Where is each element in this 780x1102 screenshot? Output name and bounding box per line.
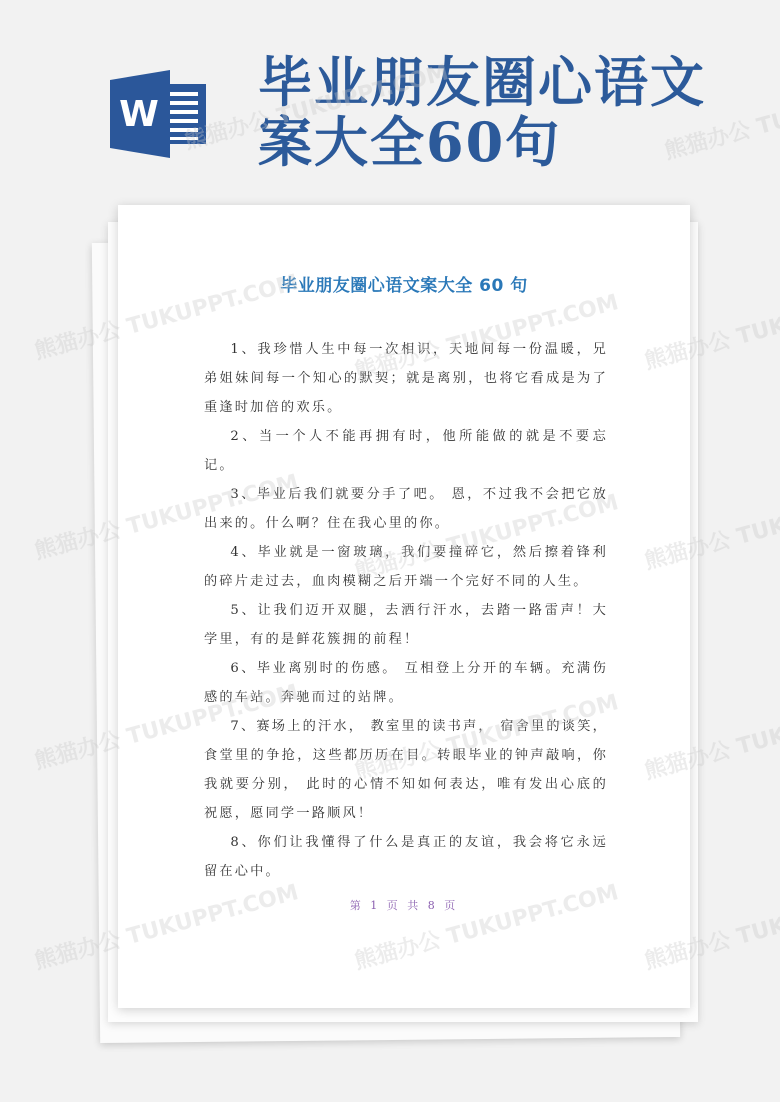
page-number: 第 1 页 共 8 页 xyxy=(118,897,690,913)
document-page: 毕业朋友圈心语文案大全 60 句 1、我珍惜人生中每一次相识，天地间每一份温暖，… xyxy=(118,205,690,1008)
paragraph-7: 7、赛场上的汗水， 教室里的读书声， 宿舍里的谈笑，食堂里的争抢，这些都历历在目… xyxy=(204,712,608,828)
document-title: 毕业朋友圈心语文案大全 60 句 xyxy=(118,271,690,296)
paragraph-8: 8、你们让我懂得了什么是真正的友谊，我会将它永远留在心中。 xyxy=(204,828,608,886)
paragraph-1: 1、我珍惜人生中每一次相识，天地间每一份温暖，兄弟姐妹间每一个知心的默契；就是离… xyxy=(204,335,608,422)
paragraph-5: 5、让我们迈开双腿，去洒行汗水，去踏一路雷声！大学里，有的是鲜花簇拥的前程！ xyxy=(204,596,608,654)
paragraph-6: 6、毕业离别时的伤感。 互相登上分开的车辆。充满伤感的车站。奔驰而过的站牌。 xyxy=(204,654,608,712)
paragraph-4: 4、毕业就是一窗玻璃，我们要撞碎它，然后擦着锋利的碎片走过去，血肉模糊之后开端一… xyxy=(204,538,608,596)
word-document-icon: W xyxy=(108,70,208,158)
hero-banner: W 毕业朋友圈心语文案大全60句 xyxy=(0,0,780,190)
document-body: 1、我珍惜人生中每一次相识，天地间每一份温暖，兄弟姐妹间每一个知心的默契；就是离… xyxy=(204,335,608,886)
paragraph-2: 2、当一个人不能再拥有时，他所能做的就是不要忘记。 xyxy=(204,422,608,480)
hero-title: 毕业朋友圈心语文案大全60句 xyxy=(258,52,728,172)
paragraph-3: 3、毕业后我们就要分手了吧。 恩，不过我不会把它放出来的。什么啊？住在我心里的你… xyxy=(204,480,608,538)
svg-text:W: W xyxy=(119,94,159,135)
